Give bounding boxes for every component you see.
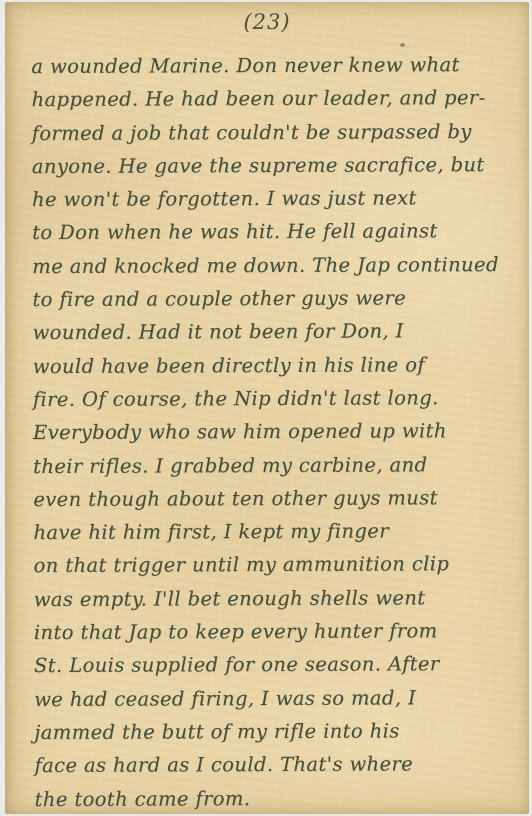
letter-body: a wounded Marine. Don never knew what ha… [31, 48, 500, 816]
letter-line: have hit him first, I kept my finger [33, 514, 499, 549]
letter-line: anyone. He gave the supreme sacrafice, b… [32, 148, 498, 183]
letter-line: me and knocked me down. The Jap continue… [32, 248, 498, 283]
letter-line: on that trigger until my ammunition clip [34, 547, 500, 582]
letter-line: he won't be forgotten. I was just next [32, 181, 498, 216]
letter-line: St. Louis supplied for one season. After [34, 647, 500, 682]
letter-line: Everybody who saw him opened up with [33, 414, 499, 449]
letter-line: would have been directly in his line of [33, 348, 499, 383]
letter-line: jammed the butt of my rifle into his [34, 714, 500, 749]
letter-line: to Don when he was hit. He fell against [32, 214, 498, 249]
letter-line: a wounded Marine. Don never knew what [31, 48, 497, 83]
letter-line: wounded. Had it not been for Don, I [32, 314, 498, 349]
letter-line: into that Jap to keep every hunter from [34, 614, 500, 649]
letter-line: happened. He had been our leader, and pe… [31, 81, 497, 116]
letter-line: face as hard as I could. That's where [34, 747, 500, 782]
letter-line: formed a job that couldn't be surpassed … [32, 115, 498, 150]
ink-dot [400, 43, 405, 47]
letter-line: to fire and a couple other guys were [32, 281, 498, 316]
letter-line: fire. Of course, the Nip didn't last lon… [33, 381, 499, 416]
letter-line: even though about ten other guys must [33, 481, 499, 516]
letter-line: their rifles. I grabbed my carbine, and [33, 448, 499, 483]
scanned-letter-page: (23) a wounded Marine. Don never knew wh… [0, 0, 532, 816]
letter-line: the tooth came from. [35, 781, 501, 816]
letter-line: was empty. I'll bet enough shells went [34, 581, 500, 616]
letter-line: we had ceased firing, I was so mad, I [34, 681, 500, 716]
page-number: (23) [5, 10, 529, 34]
paper: (23) a wounded Marine. Don never knew wh… [5, 2, 529, 814]
